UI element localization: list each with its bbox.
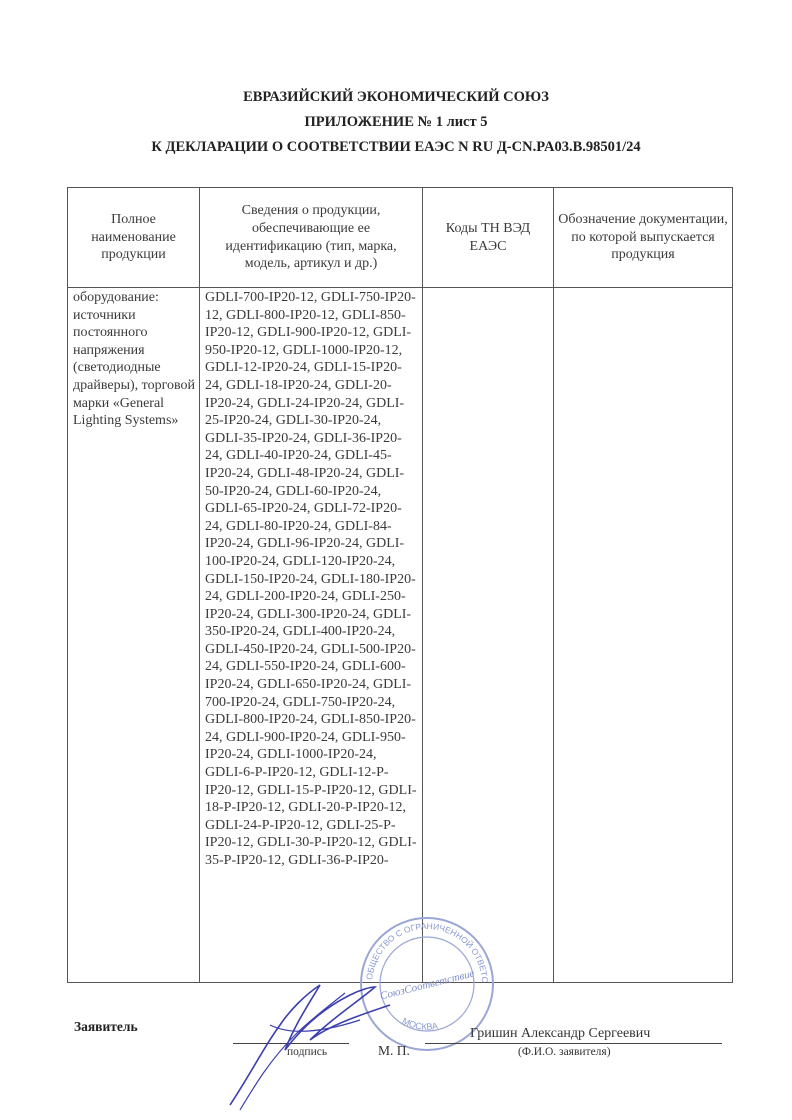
- column-header-tn-ved-codes: Коды ТН ВЭД ЕАЭС: [423, 188, 554, 288]
- applicant-name: Гришин Александр Сергеевич: [470, 1026, 650, 1042]
- stamp-bottom-text: МОСКВА: [401, 1016, 439, 1032]
- cell-documentation: [554, 288, 733, 983]
- applicant-label: Заявитель: [74, 1019, 138, 1035]
- column-header-product-name: Полное наименование продукции: [68, 188, 200, 288]
- name-line: [425, 1043, 722, 1044]
- products-table: Полное наименование продукции Сведения о…: [67, 187, 733, 983]
- cell-tn-ved-codes: [423, 288, 554, 983]
- handwritten-signature-icon: [210, 965, 400, 1115]
- header-declaration-number: К ДЕКЛАРАЦИИ О СООТВЕТСТВИИ ЕАЭС N RU Д-…: [0, 139, 792, 156]
- table-row: оборудование: источники постоянного напр…: [68, 288, 733, 983]
- header-appendix-title: ПРИЛОЖЕНИЕ № 1 лист 5: [0, 114, 792, 131]
- header-union-title: ЕВРАЗИЙСКИЙ ЭКОНОМИЧЕСКИЙ СОЮЗ: [0, 89, 792, 106]
- signature-line: [233, 1043, 349, 1044]
- column-header-documentation: Обозначение документации, по которой вып…: [554, 188, 733, 288]
- table-header-row: Полное наименование продукции Сведения о…: [68, 188, 733, 288]
- svg-text:МОСКВА: МОСКВА: [401, 1016, 439, 1032]
- cell-identification: GDLI-700-IP20-12, GDLI-750-IP20-12, GDLI…: [200, 288, 423, 983]
- name-caption: (Ф.И.О. заявителя): [518, 1046, 611, 1058]
- seal-label: М. П.: [378, 1043, 410, 1059]
- column-header-identification: Сведения о продукции, обеспечивающие ее …: [200, 188, 423, 288]
- signature-caption: подпись: [287, 1046, 327, 1058]
- cell-product-name: оборудование: источники постоянного напр…: [68, 288, 200, 983]
